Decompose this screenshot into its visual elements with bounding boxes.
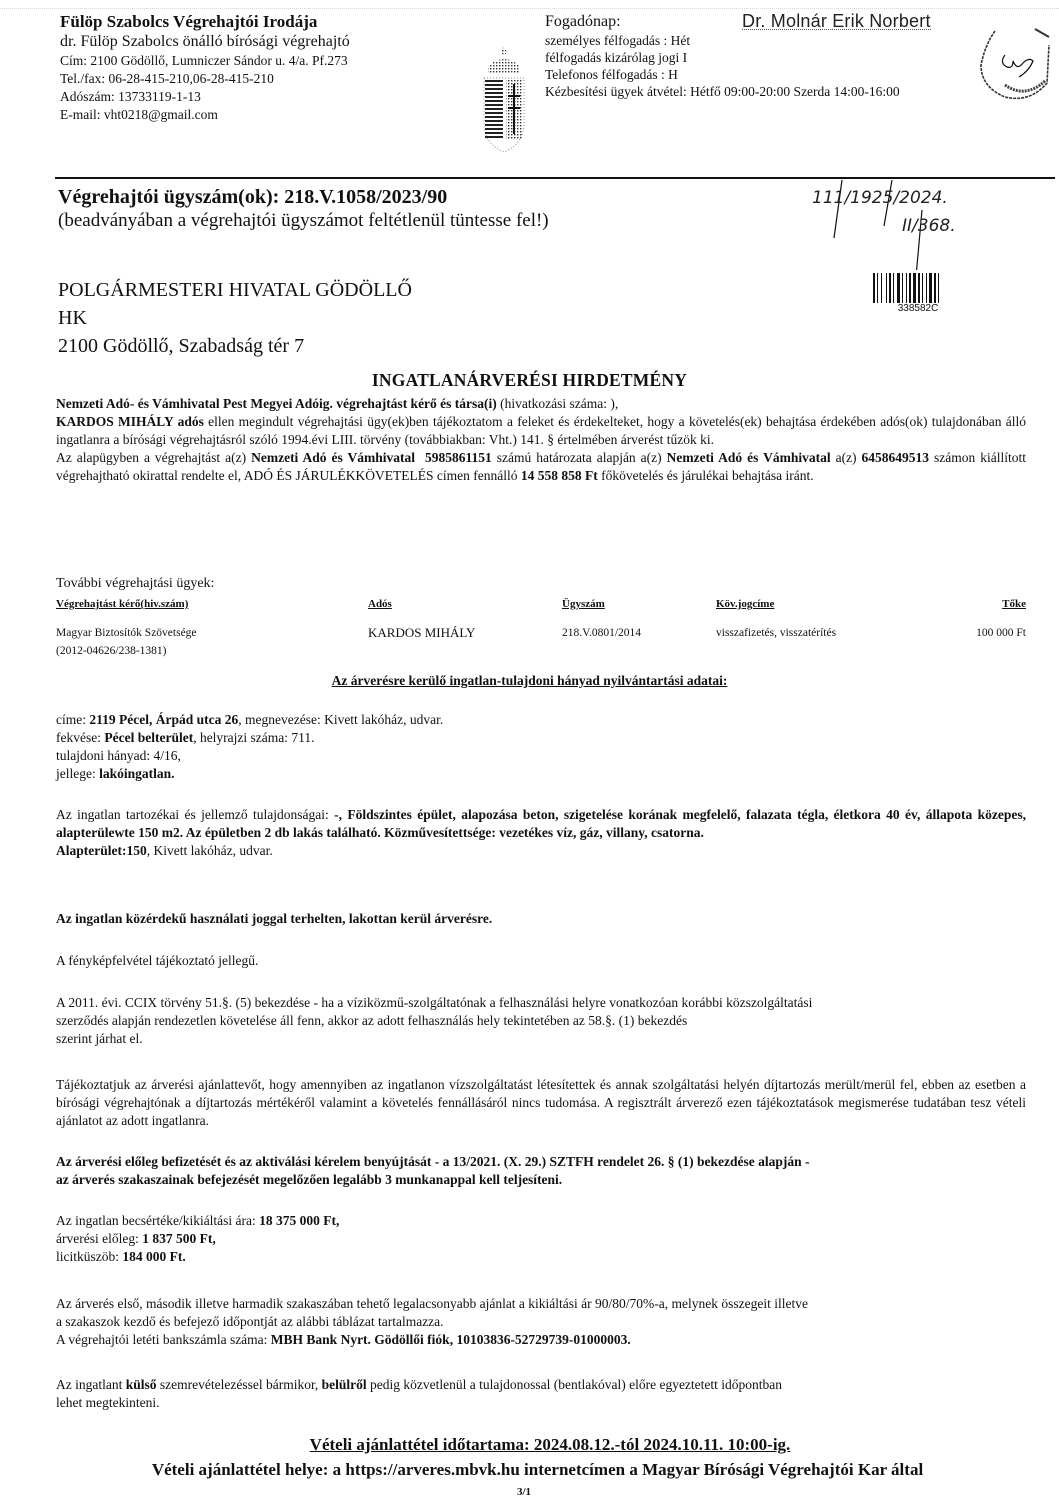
price-details: Az ingatlan becsértéke/kikiáltási ára: 1…: [56, 1212, 339, 1266]
auction-deposit: 1 837 500 Ft,: [142, 1231, 216, 1246]
column-header: Tőke: [1002, 598, 1026, 610]
column-header: Végrehajtást kérő(hiv.szám): [56, 598, 188, 610]
official-seal-icon: [975, 25, 1055, 107]
document-number: 6458649513: [862, 450, 930, 465]
office-tax-number: Adószám: 13733119-1-13: [60, 88, 480, 106]
addressee-dept: HK: [58, 304, 412, 332]
text: szemrevételezéssel bármikor,: [157, 1377, 322, 1392]
text: Az alapügyben a végrehajtást a(z): [56, 450, 251, 465]
creditor-name: Nemzeti Adó- és Vámhivatal Pest Megyei A…: [56, 396, 497, 411]
label: fekvése:: [56, 730, 104, 745]
text: Az árverési előleg befizetését és az akt…: [56, 1153, 1026, 1171]
cell-debtor: KARDOS MIHÁLY: [368, 624, 475, 642]
creditor-reference: (2012-04626/238-1381): [56, 645, 167, 657]
official-name-stamp: Dr. Molnár Erik Norbert: [742, 11, 931, 32]
text: , Kivett lakóház, udvar.: [147, 843, 273, 858]
authority-name: Nemzeti Adó és Vámhivatal: [251, 450, 415, 465]
text: lehet megtekinteni.: [56, 1394, 1026, 1412]
bidding-place: Vételi ajánlattétel helye: a https://arv…: [0, 1460, 1059, 1480]
office-address: Cím: 2100 Gödöllő, Lumniczer Sándor u. 4…: [60, 52, 480, 70]
cell-legal-title: visszafizetés, visszatérítés: [716, 624, 836, 642]
coat-of-arms-icon: [478, 44, 530, 156]
text: számú határozata alapján a(z): [492, 450, 667, 465]
creditor-name: Magyar Biztosítók Szövetsége: [56, 627, 197, 639]
text: belülről: [322, 1377, 367, 1392]
cell-principal: 100 000 Ft: [976, 624, 1026, 642]
cell-case-number: 218.V.0801/2014: [562, 624, 641, 642]
water-debt-info: Tájékoztatjuk az árverési ajánlattevőt, …: [56, 1076, 1026, 1130]
text: a szakaszok kezdő és befejező időpontját…: [56, 1313, 1026, 1331]
encumbrance-notice: Az ingatlan közérdekű használati joggal …: [56, 911, 492, 927]
text: Az árverés első, második illetve harmadi…: [56, 1295, 1026, 1313]
office-header: Fülöp Szabolcs Végrehajtói Irodája dr. F…: [60, 11, 480, 124]
label: Az ingatlan becsértéke/kikiáltási ára:: [56, 1213, 259, 1228]
property-share: tulajdoni hányad: 4/16,: [56, 747, 443, 765]
intro-paragraph: Nemzeti Adó- és Vámhivatal Pest Megyei A…: [56, 395, 1026, 485]
property-parcel: , helyrajzi száma: 711.: [193, 730, 314, 745]
office-telfax: Tel./fax: 06-28-415-210,06-28-415-210: [60, 70, 480, 88]
column-header: Ügyszám: [562, 598, 605, 610]
label: jellege:: [56, 766, 99, 781]
property-section-title: Az árverésre kerülő ingatlan-tulajdoni h…: [0, 673, 1059, 689]
document-title: INGATLANÁRVERÉSI HIRDETMÉNY: [0, 370, 1059, 391]
text: külső: [126, 1377, 157, 1392]
text: A 2011. évi. CCIX törvény 51.§. (5) beke…: [56, 994, 1026, 1012]
case-number-note: (beadványában a végrehajtói ügyszámot fe…: [58, 209, 549, 233]
property-type: lakóingatlan.: [99, 766, 174, 781]
bid-increment: 184 000 Ft.: [122, 1249, 185, 1264]
text: az árverés szakaszainak befejezését mege…: [56, 1171, 1026, 1189]
handwritten-line-2: II/368.: [902, 216, 956, 236]
case-number: Végrehajtói ügyszám(ok): 218.V.1058/2023…: [58, 185, 549, 209]
deposit-notice: Az árverési előleg befizetését és az akt…: [56, 1153, 1026, 1189]
bank-account: MBH Bank Nyrt. Gödöllői fiók, 10103836-5…: [271, 1332, 631, 1347]
photo-notice: A fényképfelvétel tájékoztató jellegű.: [56, 953, 258, 969]
barcode-icon: [873, 273, 963, 303]
office-name: Fülöp Szabolcs Végrehajtói Irodája: [60, 11, 480, 32]
barcode-number: 338582C: [873, 303, 963, 314]
text: főkövetelés és járulékai behajtása iránt…: [598, 468, 814, 483]
case-number-block: Végrehajtói ügyszám(ok): 218.V.1058/2023…: [58, 185, 549, 233]
text: Az ingatlant: [56, 1377, 126, 1392]
property-address: 2119 Pécel, Árpád utca 26: [89, 712, 238, 727]
property-location: Pécel belterület: [104, 730, 193, 745]
property-area: Alapterület:150: [56, 843, 147, 858]
addressee-block: POLGÁRMESTERI HIVATAL GÖDÖLLŐ HK 2100 Gö…: [58, 276, 412, 360]
label: A végrehajtói letéti bankszámla száma:: [56, 1332, 271, 1347]
further-cases-label: További végrehajtási ügyek:: [56, 576, 214, 592]
water-law-notice: A 2011. évi. CCIX törvény 51.§. (5) beke…: [56, 994, 1026, 1048]
page-number: 3/1: [517, 1486, 531, 1498]
auction-stages: Az árverés első, második illetve harmadi…: [56, 1295, 1026, 1349]
addressee-name: POLGÁRMESTERI HIVATAL GÖDÖLLŐ: [58, 276, 412, 304]
cell-creditor: Magyar Biztosítók Szövetsége(2012-04626/…: [56, 624, 197, 660]
label: árverési előleg:: [56, 1231, 142, 1246]
header-divider: [55, 177, 1055, 179]
text: szerződés alapján rendezetlen követelése…: [56, 1012, 1026, 1030]
addressee-address: 2100 Gödöllő, Szabadság tér 7: [58, 332, 412, 360]
bidding-period: Vételi ajánlattétel időtartama: 2024.08.…: [0, 1435, 1059, 1455]
claim-amount: 14 558 858 Ft: [521, 468, 598, 483]
label: licitküszöb:: [56, 1249, 122, 1264]
property-features: Az ingatlan tartozékai és jellemző tulaj…: [56, 806, 1026, 860]
label: címe:: [56, 712, 89, 727]
decision-number: 5985861151: [425, 450, 492, 465]
viewing-notice: Az ingatlant külső szemrevételezéssel bá…: [56, 1376, 1026, 1412]
text: pedig közvetlenül a tulajdonossal (bentl…: [367, 1377, 782, 1392]
office-email: E-mail: vht0218@gmail.com: [60, 106, 480, 124]
property-data: címe: 2119 Pécel, Árpád utca 26, megneve…: [56, 711, 443, 783]
column-header: Köv.jogcíme: [716, 598, 774, 610]
label: Az ingatlan tartozékai és jellemző tulaj…: [56, 807, 334, 822]
debtor-name: KARDOS MIHÁLY adós: [56, 414, 204, 429]
text: szerint járhat el.: [56, 1030, 1026, 1048]
handwritten-registry-number: 111/1925/2024. II/368.: [810, 180, 1010, 270]
column-header: Adós: [368, 598, 392, 610]
creditor-reference: (hivatkozási száma: ),: [497, 396, 618, 411]
starting-price: 18 375 000 Ft,: [259, 1213, 339, 1228]
authority-name: Nemzeti Adó és Vámhivatal: [667, 450, 831, 465]
text: a(z): [831, 450, 862, 465]
officer-title: dr. Fülöp Szabolcs önálló bírósági végre…: [60, 32, 480, 52]
property-designation: , megnevezése: Kivett lakóház, udvar.: [238, 712, 443, 727]
handwritten-line-1: 111/1925/2024.: [812, 188, 948, 208]
